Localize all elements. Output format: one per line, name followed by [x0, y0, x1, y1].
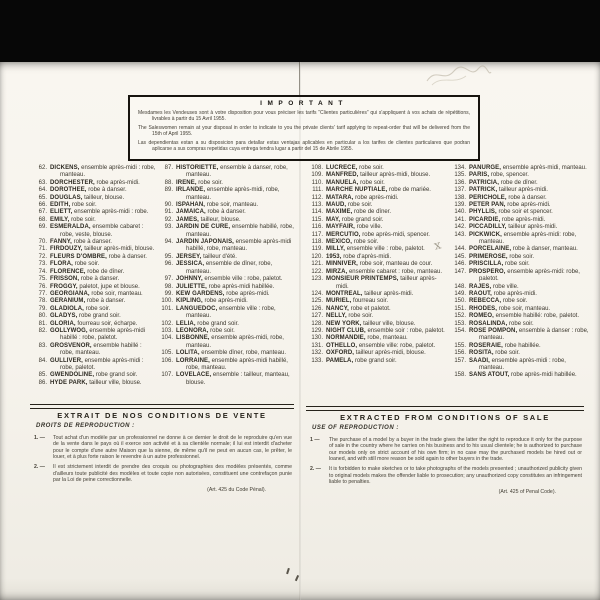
model-desc: robe à danser.: [207, 209, 245, 215]
model-text: FIRDOUZY, tailleur après-midi, blouse.: [50, 246, 156, 253]
model-text: PARIS, robe, spencer.: [469, 172, 590, 179]
model-entry: 113.MAUD, robe soir.: [308, 202, 449, 209]
model-text: DORCHESTER, robe après-midi.: [50, 180, 156, 187]
model-text: JARDIN JAPONAIS, ensemble après-midi hab…: [176, 239, 298, 254]
model-number: 113.: [308, 202, 326, 209]
model-text: ESMERALDA, ensemble cabaret : robe, vest…: [50, 224, 156, 239]
model-text: NELLY, robe soir.: [326, 313, 449, 320]
model-name: EMILY,: [50, 217, 69, 223]
model-entry: 156.ROSITA, robe soir.: [451, 350, 590, 357]
model-name: KIPLING,: [176, 298, 203, 304]
model-desc: robe grand soir.: [342, 217, 384, 223]
model-entry: 158.SANS ATOUT, robe après-midi habillée…: [451, 372, 590, 379]
model-text: LANGUEDOC, ensemble ville : robe, mantea…: [176, 306, 298, 321]
model-text: ROSITA, robe soir.: [469, 350, 590, 357]
model-desc: robe de dîner.: [501, 180, 538, 186]
model-list-column-1: 62.DICKENS, ensemble après-midi : robe, …: [32, 165, 156, 387]
model-entry: 149.RAOUT, robe après-midi.: [451, 291, 590, 298]
model-number: 122.: [308, 269, 326, 276]
model-entry: 110.MANUELA, robe soir.: [308, 180, 449, 187]
model-desc: robe d'après-midi.: [343, 254, 391, 260]
model-name: LOVELACE,: [176, 372, 211, 378]
model-number: 158.: [451, 372, 469, 379]
model-number: 78.: [32, 298, 50, 305]
model-desc: robe soir.: [198, 180, 223, 186]
condition-text: Il est strictement interdit de prendre d…: [53, 464, 292, 483]
model-text: PAMELA, robe grand soir.: [326, 358, 449, 365]
model-text: PRIMEROSE, robe soir.: [469, 254, 590, 261]
model-name: DICKENS,: [50, 165, 79, 171]
model-name: ELIETT,: [50, 209, 72, 215]
model-number: 71.: [32, 246, 50, 253]
model-name: IRENE,: [176, 180, 197, 186]
model-name: LISBONNE,: [176, 335, 210, 341]
model-text: SANS ATOUT, robe après-midi habillée.: [469, 372, 590, 379]
model-number: 102.: [158, 321, 176, 328]
model-name: JARDIN JAPONAIS,: [176, 239, 234, 245]
model-entry: 138.PERICHOLE, robe à danser.: [451, 195, 590, 202]
model-desc: robe habillée.: [505, 343, 541, 349]
model-number: 75.: [32, 276, 50, 283]
model-text: DOUGLAS, tailleur, blouse.: [50, 195, 156, 202]
model-desc: tailleur après-midi, blouse.: [84, 246, 154, 252]
model-text: GLADYS, robe grand soir.: [50, 313, 156, 320]
model-text: FRISSON, robe à danser.: [50, 276, 156, 283]
model-entry: 129.NIGHT CLUB, ensemble soir : robe, pa…: [308, 328, 449, 335]
model-entry: 85.GWENDOLINE, robe grand soir.: [32, 372, 156, 379]
model-name: MAUD,: [326, 202, 346, 208]
model-number: 112.: [308, 195, 326, 202]
model-desc: robe soir.: [505, 261, 530, 267]
model-number: 138.: [451, 195, 469, 202]
model-desc: fourreau soir.: [353, 298, 388, 304]
model-text: ISPAHAN, robe soir, manteau.: [176, 202, 298, 209]
model-entry: 145.PRIMEROSE, robe soir.: [451, 254, 590, 261]
model-text: MAUD, robe soir.: [326, 202, 449, 209]
model-desc: robe à danser.: [508, 195, 546, 201]
model-desc: robe, spencer.: [491, 172, 529, 178]
model-desc: robe après-midi.: [204, 298, 247, 304]
model-name: MONSIEUR PRINTEMPS,: [326, 276, 399, 282]
model-desc: tailleur, blouse.: [84, 195, 124, 201]
model-entry: 126.NANCY, robe et paletot.: [308, 306, 449, 313]
model-desc: robe soir.: [503, 298, 528, 304]
model-name: SANS ATOUT,: [469, 372, 509, 378]
model-number: 86.: [32, 380, 50, 387]
model-number: 87.: [158, 165, 176, 180]
model-number: 130.: [308, 335, 326, 342]
important-paragraph-es: Las dependientas estan a su disposicion …: [138, 140, 470, 153]
model-name: MINNIVER,: [326, 261, 358, 267]
model-desc: robe après-midi.: [502, 217, 545, 223]
model-text: GERANIUM, robe à danser.: [50, 298, 156, 305]
model-number: 153.: [451, 321, 469, 328]
condition-number: 1 —: [310, 437, 329, 463]
model-desc: robe soir.: [210, 328, 235, 334]
pencil-scribble: [424, 63, 494, 89]
model-entry: 131.OTHELLO, ensemble ville: robe, palet…: [308, 343, 449, 350]
model-text: OXFORD, tailleur après-midi, blouse.: [326, 350, 449, 357]
model-entry: 155.ROSERAIE, robe habillée.: [451, 343, 590, 350]
model-number: 99.: [158, 291, 176, 298]
model-number: 111.: [308, 187, 326, 194]
model-entry: 74.FLORENCE, robe de dîner.: [32, 269, 156, 276]
model-desc: robe de dîner.: [87, 269, 124, 275]
model-number: 69.: [32, 224, 50, 239]
model-entry: 97.JOHNNY, ensemble ville : robe, paleto…: [158, 276, 298, 283]
model-number: 65.: [32, 195, 50, 202]
model-text: JARDIN DE CURE, ensemble habillé, robe, …: [176, 224, 298, 239]
model-name: ROSE POMPON,: [469, 328, 517, 334]
model-name: NIGHT CLUB,: [326, 328, 366, 334]
model-name: LORRAINE,: [176, 358, 210, 364]
model-number: 128.: [308, 321, 326, 328]
model-desc: robe de mariée.: [389, 187, 431, 193]
model-name: JAMAICA,: [176, 209, 206, 215]
model-text: PORCELAINE, robe à danser, manteau.: [469, 246, 590, 253]
model-entry: 73.FLORA, robe soir.: [32, 261, 156, 268]
model-number: 105.: [158, 350, 176, 357]
model-name: MURIEL,: [326, 298, 351, 304]
model-desc: robe soir, manteau.: [207, 202, 258, 208]
model-desc: ensemble habillé: robe, paletot.: [496, 313, 579, 319]
model-desc: ensemble après-midi : robe.: [74, 209, 148, 215]
model-number: 152.: [451, 313, 469, 320]
model-text: MARCHE NUPTIALE, robe de mariée.: [326, 187, 449, 194]
model-number: 127.: [308, 313, 326, 320]
model-desc: robe à danser.: [88, 187, 126, 193]
model-name: JULIETTE,: [176, 284, 207, 290]
model-text: LELIA, robe grand soir.: [176, 321, 298, 328]
model-entry: 117.MERCUTIO, robe après-midi, spencer.: [308, 232, 449, 239]
model-entry: 98.JULIETTE, robe après-midi habillée.: [158, 284, 298, 291]
model-number: 64.: [32, 187, 50, 194]
model-entry: 75.FRISSON, robe à danser.: [32, 276, 156, 283]
model-text: LORRAINE, ensemble après-midi habillé, r…: [176, 358, 298, 373]
model-text: EDITH, robe soir.: [50, 202, 156, 209]
condition-number: 2. —: [310, 466, 329, 485]
condition-text: The purchase of a model by a buyer in th…: [329, 437, 582, 463]
model-entry: 89.IRLANDE, ensemble après-midi, robe, m…: [158, 187, 298, 202]
model-number: 123.: [308, 276, 326, 291]
model-text: FLORA, robe soir.: [50, 261, 156, 268]
model-entry: 86.HYDE PARK, tailleur ville, blouse.: [32, 380, 156, 387]
model-entry: 82.GOLLYWOG, ensemble après-midi habillé…: [32, 328, 156, 343]
model-desc: robe, manteau.: [367, 335, 407, 341]
model-name: PANURGE,: [469, 165, 501, 171]
model-text: MONTREAL, tailleur après-midi.: [326, 291, 449, 298]
model-number: 133.: [308, 358, 326, 365]
model-list-column-3: 108.LUCRECE, robe soir.109.MANFRED, tail…: [308, 165, 449, 365]
model-text: MAXIME, robe de dîner.: [326, 209, 449, 216]
conditions-subtitle-fr: DROITS DE REPRODUCTION :: [36, 423, 135, 429]
model-desc: robe soir.: [360, 180, 385, 186]
model-entry: 109.MANFRED, tailleur après-midi, blouse…: [308, 172, 449, 179]
model-desc: robe soir.: [354, 239, 379, 245]
model-text: EMILY, robe soir.: [50, 217, 156, 224]
model-entry: 66.EDITH, robe soir.: [32, 202, 156, 209]
model-name: 1953,: [326, 254, 342, 260]
model-name: JESSICA,: [176, 261, 204, 267]
model-desc: robe soir, manteau.: [499, 306, 550, 312]
model-entry: 151.RHODES, robe soir, manteau.: [451, 306, 590, 313]
model-entry: 114.MAXIME, robe de dîner.: [308, 209, 449, 216]
model-entry: 127.NELLY, robe soir.: [308, 313, 449, 320]
model-entry: 63.DORCHESTER, robe après-midi.: [32, 180, 156, 187]
model-name: LELIA,: [176, 321, 196, 327]
model-text: MERCUTIO, robe après-midi, spencer.: [326, 232, 449, 239]
model-entry: 67.ELIETT, ensemble après-midi : robe.: [32, 209, 156, 216]
model-desc: robe après-midi.: [494, 291, 537, 297]
model-entry: 122.MIRZA, ensemble cabaret : robe, mant…: [308, 269, 449, 276]
model-name: EDITH,: [50, 202, 70, 208]
model-name: FRISSON,: [50, 276, 79, 282]
model-name: GERANIUM,: [50, 298, 85, 304]
model-entry: 147.PROSPERO, ensemble après-midi: robe,…: [451, 269, 590, 284]
model-number: 79.: [32, 306, 50, 313]
model-entry: 128.NEW YORK, tailleur ville, blouse.: [308, 321, 449, 328]
model-desc: robe soir.: [72, 202, 97, 208]
model-entry: 62.DICKENS, ensemble après-midi : robe, …: [32, 165, 156, 180]
model-name: MAXIME,: [326, 209, 352, 215]
model-text: ELIETT, ensemble après-midi : robe.: [50, 209, 156, 216]
model-entry: 144.PORCELAINE, robe à danser, manteau.: [451, 246, 590, 253]
model-text: 1953, robe d'après-midi.: [326, 254, 449, 261]
model-number: 125.: [308, 298, 326, 305]
model-entry: 95.JERSEY, tailleur d'été.: [158, 254, 298, 261]
model-desc: robe grand soir.: [79, 313, 121, 319]
staple-mark: [286, 568, 289, 574]
model-number: 136.: [451, 180, 469, 187]
model-entry: 80.GLADYS, robe grand soir.: [32, 313, 156, 320]
model-number: 120.: [308, 254, 326, 261]
model-number: 118.: [308, 239, 326, 246]
model-text: MINNIVER, robe soir, manteau de cour.: [326, 261, 449, 268]
model-text: LOLITA, ensemble dîner, robe, manteau.: [176, 350, 298, 357]
model-text: GROSVENOR, ensemble habillé : robe, mant…: [50, 343, 156, 358]
model-desc: robe soir.: [75, 261, 100, 267]
model-name: RHODES,: [469, 306, 497, 312]
model-number: 103.: [158, 328, 176, 335]
model-number: 146.: [451, 261, 469, 268]
model-desc: ensemble dîner, robe, manteau.: [201, 350, 286, 356]
model-name: LEONORA,: [176, 328, 208, 334]
model-number: 119.: [308, 246, 326, 253]
model-number: 141.: [451, 217, 469, 224]
model-name: MIRZA,: [326, 269, 347, 275]
model-desc: robe soir.: [509, 254, 534, 260]
model-number: 148.: [451, 284, 469, 291]
model-text: RHODES, robe soir, manteau.: [469, 306, 590, 313]
model-name: DOUGLAS,: [50, 195, 82, 201]
model-text: GLORIA, fourreau soir, écharpe.: [50, 321, 156, 328]
model-name: HISTORIETTE,: [176, 165, 218, 171]
model-number: 135.: [451, 172, 469, 179]
model-name: GROSVENOR,: [50, 343, 92, 349]
model-name: NORMANDIE,: [326, 335, 366, 341]
model-list-column-4: 134.PANURGE, ensemble après-midi, mantea…: [451, 165, 590, 380]
model-number: 85.: [32, 372, 50, 379]
model-entry: 84.GULLIVER, ensemble après-midi : robe,…: [32, 358, 156, 373]
model-desc: tailleur ville, blouse.: [363, 321, 415, 327]
model-name: ROSALINDA,: [469, 321, 507, 327]
model-entry: 130.NORMANDIE, robe, manteau.: [308, 335, 449, 342]
model-text: JULIETTE, robe après-midi habillée.: [176, 284, 298, 291]
model-number: 97.: [158, 276, 176, 283]
model-number: 116.: [308, 224, 326, 231]
model-text: PICARDIE, robe après-midi.: [469, 217, 590, 224]
model-entry: 101.LANGUEDOC, ensemble ville : robe, ma…: [158, 306, 298, 321]
model-desc: fourreau soir, écharpe.: [77, 321, 137, 327]
model-number: 117.: [308, 232, 326, 239]
model-desc: robe après-midi.: [355, 195, 398, 201]
model-number: 76.: [32, 284, 50, 291]
model-name: DORCHESTER,: [50, 180, 95, 186]
model-number: 63.: [32, 180, 50, 187]
model-entry: 94.JARDIN JAPONAIS, ensemble après-midi …: [158, 239, 298, 254]
model-number: 144.: [451, 246, 469, 253]
model-text: NIGHT CLUB, ensemble soir : robe, paleto…: [326, 328, 449, 335]
model-text: ROSE POMPON, ensemble à danser : robe, m…: [469, 328, 590, 343]
model-number: 62.: [32, 165, 50, 180]
model-number: 89.: [158, 187, 176, 202]
model-text: LEONORA, robe soir.: [176, 328, 298, 335]
model-text: JAMES, tailleur, blouse.: [176, 217, 298, 224]
model-entry: 139.PETER PAN, robe après-midi.: [451, 202, 590, 209]
condition-text: It is forbidden to make sketches or to t…: [329, 466, 582, 485]
model-entry: 91.JAMAICA, robe à danser.: [158, 209, 298, 216]
model-name: FLORA,: [50, 261, 73, 267]
model-name: ROSITA,: [469, 350, 494, 356]
model-entry: 65.DOUGLAS, tailleur, blouse.: [32, 195, 156, 202]
model-entry: 150.REBECCA, robe soir.: [451, 298, 590, 305]
model-desc: robe ville.: [357, 224, 383, 230]
model-desc: ensemble après-midi, manteau.: [503, 165, 587, 171]
model-name: PATRICK,: [469, 187, 497, 193]
model-text: PROSPERO, ensemble après-midi: robe, pal…: [469, 269, 590, 284]
model-name: NANCY,: [326, 306, 349, 312]
important-title: IMPORTANT: [138, 100, 470, 107]
model-name: SAADI,: [469, 358, 490, 364]
model-name: JARDIN DE CURE,: [176, 224, 230, 230]
model-name: OTHELLO,: [326, 343, 357, 349]
model-entry: 125.MURIEL, fourreau soir.: [308, 298, 449, 305]
model-entry: 157.SAADI, ensemble après-midi : robe, m…: [451, 358, 590, 373]
model-number: 68.: [32, 217, 50, 224]
penal-code-footnote-en: (Art. 425 of Penal Code).: [310, 489, 582, 495]
model-number: 150.: [451, 298, 469, 305]
model-desc: robe après-midi.: [507, 202, 550, 208]
model-text: IRENE, robe soir.: [176, 180, 298, 187]
model-name: GULLIVER,: [50, 358, 83, 364]
model-number: 137.: [451, 187, 469, 194]
model-entry: 123.MONSIEUR PRINTEMPS, tailleur après-m…: [308, 276, 449, 291]
model-text: MAY, robe grand soir.: [326, 217, 449, 224]
important-paragraph-en: The Saleswomen remain at your disposal i…: [138, 125, 470, 138]
model-desc: tailleur après-midi, blouse.: [360, 172, 430, 178]
model-name: OXFORD,: [326, 350, 354, 356]
model-entry: 143.PICKWICK, ensemble après-midi: robe,…: [451, 232, 590, 247]
model-entry: 115.MAY, robe grand soir.: [308, 217, 449, 224]
model-name: ISPAHAN,: [176, 202, 205, 208]
model-entry: 146.PRISCILLA, robe soir.: [451, 261, 590, 268]
model-number: 93.: [158, 224, 176, 239]
model-name: MAY,: [326, 217, 340, 223]
model-text: GWENDOLINE, robe grand soir.: [50, 372, 156, 379]
model-number: 80.: [32, 313, 50, 320]
model-name: LANGUEDOC,: [176, 306, 217, 312]
model-name: PROSPERO,: [469, 269, 506, 275]
model-name: PATRICIA,: [469, 180, 499, 186]
model-name: PHYLLIS,: [469, 209, 497, 215]
model-entry: 103.LEONORA, robe soir.: [158, 328, 298, 335]
model-text: ROSALINDA, robe soir.: [469, 321, 590, 328]
model-number: 147.: [451, 269, 469, 284]
model-text: NEW YORK, tailleur ville, blouse.: [326, 321, 449, 328]
model-number: 67.: [32, 209, 50, 216]
model-number: 70.: [32, 239, 50, 246]
model-entry: 88.IRENE, robe soir.: [158, 180, 298, 187]
model-name: DOROTHEE,: [50, 187, 87, 193]
model-name: GEORGIANA,: [50, 291, 90, 297]
condition-text: Tout achat d'un modèle par un profession…: [53, 435, 292, 461]
model-number: 142.: [451, 224, 469, 231]
model-name: MARCHE NUPTIALE,: [326, 187, 387, 193]
model-name: GWENDOLINE,: [50, 372, 94, 378]
model-name: PICKWICK,: [469, 232, 502, 238]
model-entry: 152.ROMEO, ensemble habillé: robe, palet…: [451, 313, 590, 320]
model-desc: tailleur ville, blouse.: [89, 380, 141, 386]
model-number: 129.: [308, 328, 326, 335]
model-text: PATRICK, tailleur après-midi.: [469, 187, 590, 194]
model-number: 156.: [451, 350, 469, 357]
model-text: GLADIOLA, robe soir.: [50, 306, 156, 313]
model-number: 149.: [451, 291, 469, 298]
model-desc: robe grand soir.: [355, 358, 397, 364]
model-name: LUCRECE,: [326, 165, 357, 171]
condition-number: 1. —: [34, 435, 53, 461]
model-text: MILLY, ensemble ville : robe, paletot.: [326, 246, 449, 253]
model-desc: robe à danser.: [87, 298, 125, 304]
model-name: ROMEO,: [469, 313, 494, 319]
model-text: PRISCILLA, robe soir.: [469, 261, 590, 268]
model-desc: robe à danser.: [109, 254, 147, 260]
model-text: DOROTHEE, robe à danser.: [50, 187, 156, 194]
model-name: GOLLYWOG,: [50, 328, 88, 334]
model-text: RAJES, robe ville.: [469, 284, 590, 291]
model-number: 108.: [308, 165, 326, 172]
model-number: 151.: [451, 306, 469, 313]
model-text: MANFRED, tailleur après-midi, blouse.: [326, 172, 449, 179]
model-number: 104.: [158, 335, 176, 350]
model-name: JERSEY,: [176, 254, 201, 260]
model-text: MEXICO, robe soir.: [326, 239, 449, 246]
model-number: 83.: [32, 343, 50, 358]
model-text: JAMAICA, robe à danser.: [176, 209, 298, 216]
model-entry: 105.LOLITA, ensemble dîner, robe, mantea…: [158, 350, 298, 357]
model-desc: robe après-midi habillée.: [209, 284, 275, 290]
model-entry: 153.ROSALINDA, robe soir.: [451, 321, 590, 328]
model-name: MEXICO,: [326, 239, 352, 245]
condition-item: 1. — Tout achat d'un modèle par un profe…: [34, 435, 292, 461]
model-name: IRLANDE,: [176, 187, 205, 193]
model-name: PAMELA,: [326, 358, 353, 364]
model-entry: 69.ESMERALDA, ensemble cabaret : robe, v…: [32, 224, 156, 239]
model-desc: robe après-midi.: [96, 180, 139, 186]
model-text: MATARA, robe après-midi.: [326, 195, 449, 202]
model-text: PANURGE, ensemble après-midi, manteau.: [469, 165, 590, 172]
conditions-text-en: 1 — The purchase of a model by a buyer i…: [310, 437, 582, 496]
